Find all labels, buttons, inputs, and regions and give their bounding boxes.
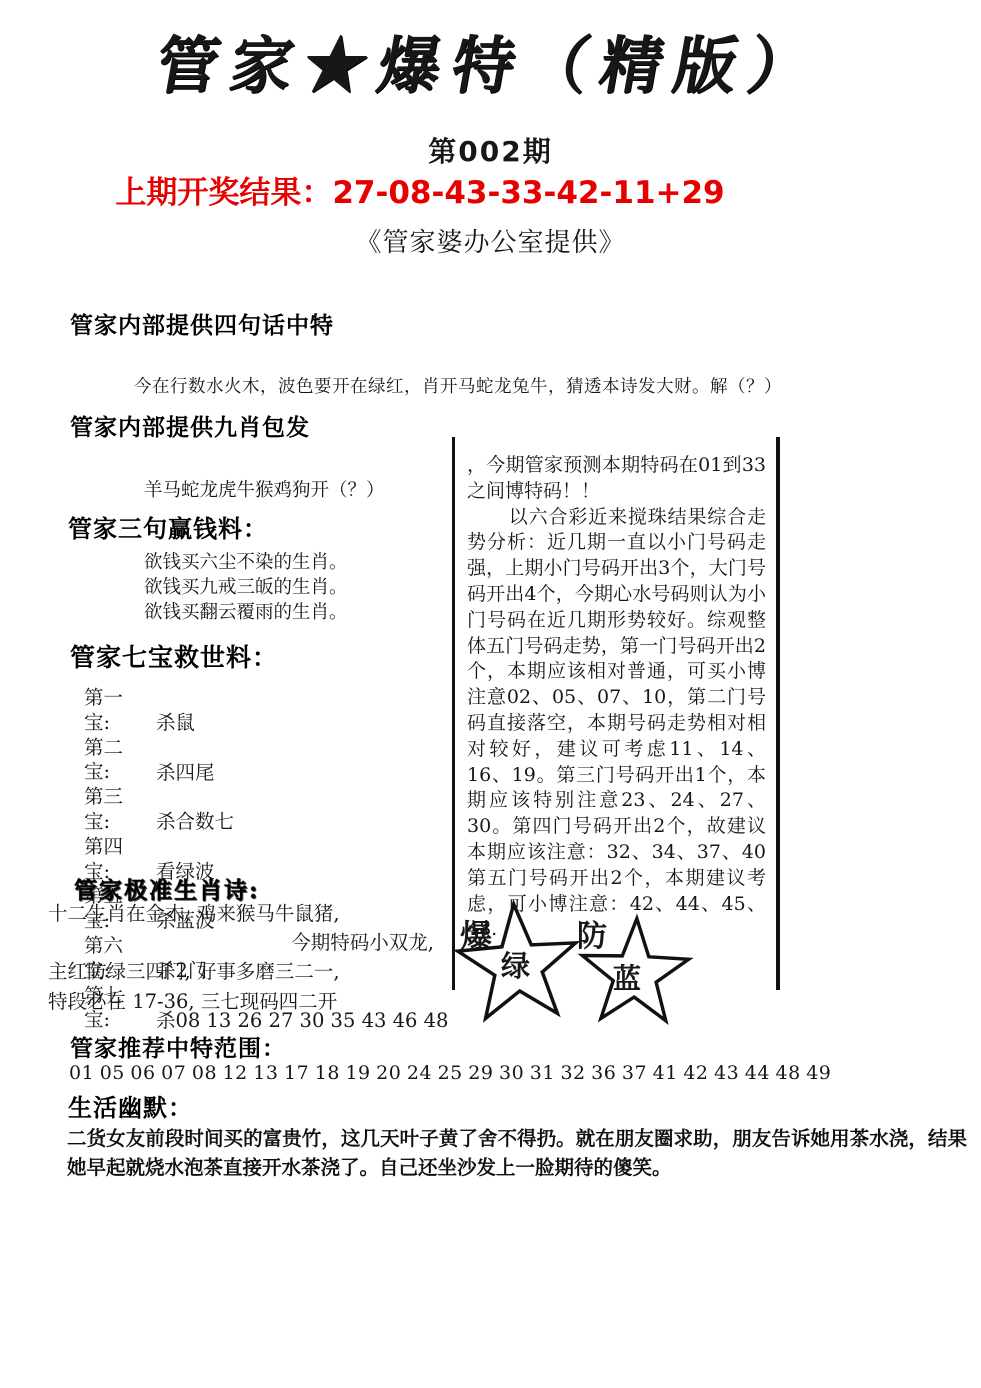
zodiac-poem-line: 特段必在 17-36, 三七现码四二开 xyxy=(48,987,434,1016)
section-four-sentence-heading: 管家内部提供四句话中特 xyxy=(70,307,334,340)
issue-number: 第002期 xyxy=(0,130,981,170)
zodiac-poem-line: 十二生肖在金木, 鸡来猴马牛鼠猪, xyxy=(48,899,434,928)
three-sentence-line: 欲钱买九戒三皈的生肖。 xyxy=(144,575,348,600)
treasure-value: 杀合数七 xyxy=(156,810,234,833)
green-star-text: 绿 xyxy=(501,944,530,985)
analysis-paragraph-1: ，今期管家预测本期特码在01到33之间博特码！！ xyxy=(467,453,766,505)
nine-zodiac-content: 羊马蛇龙虎牛猴鸡狗开（？） xyxy=(144,476,385,502)
recommend-range-numbers: 01 05 06 07 08 12 13 17 18 19 20 24 25 2… xyxy=(69,1062,831,1084)
tip-sheet-page: 管家★爆特（精版） 第002期 上期开奖结果：27-08-43-33-42-11… xyxy=(0,0,981,1388)
page-title: 管家★爆特（精版） xyxy=(0,16,981,105)
treasure-label: 第二宝: xyxy=(84,736,146,786)
zodiac-poem-lines: 十二生肖在金木, 鸡来猴马牛鼠猪, 今期特码小双龙, 主红防绿三四门, 好事多磨… xyxy=(48,899,434,1016)
recommend-range-heading: 管家推荐中特范围： xyxy=(70,1030,286,1063)
seven-treasure-row: 第一宝:杀鼠 xyxy=(84,686,448,736)
three-sentence-line: 欲钱买翻云覆雨的生肖。 xyxy=(144,600,348,625)
treasure-value: 杀鼠 xyxy=(156,711,195,734)
blue-star-text: 蓝 xyxy=(613,957,641,997)
seven-treasure-row: 第三宝:杀合数七 xyxy=(84,785,448,835)
treasure-value: 杀四尾 xyxy=(156,760,215,783)
humor-text: 二货女友前段时间买的富贵竹，这几天叶子黄了舍不得扔。就在朋友圈求助，朋友告诉她用… xyxy=(67,1124,967,1182)
treasure-label: 第三宝: xyxy=(84,785,146,835)
section-nine-zodiac-heading: 管家内部提供九肖包发 xyxy=(70,409,310,442)
last-draw-result-numbers: 27-08-43-33-42-11+29 xyxy=(332,175,724,211)
three-sentence-lines: 欲钱买六尘不染的生肖。 欲钱买九戒三皈的生肖。 欲钱买翻云覆雨的生肖。 xyxy=(144,550,348,625)
three-sentence-line: 欲钱买六尘不染的生肖。 xyxy=(144,550,348,575)
section-three-sentence-heading: 管家三句赢钱料： xyxy=(68,509,268,544)
humor-heading: 生活幽默： xyxy=(68,1088,193,1123)
last-draw-result: 上期开奖结果：27-08-43-33-42-11+29 xyxy=(100,167,740,212)
provider-line: 《管家婆办公室提供》 xyxy=(0,222,981,259)
zodiac-poem-line: 今期特码小双龙, xyxy=(48,928,434,957)
four-sentence-poem: 今在行数水火木，波色要开在绿红，肖开马蛇龙兔牛，猜透本诗发大财。解（？） xyxy=(134,373,782,398)
section-seven-treasure-heading: 管家七宝救世料： xyxy=(70,638,278,674)
seven-treasure-row: 第二宝:杀四尾 xyxy=(84,736,448,786)
last-draw-result-label: 上期开奖结果： xyxy=(115,175,332,211)
analysis-paragraph-2: 以六合彩近来搅珠结果综合走势分析：近几期一直以小门号码走强，上期小门号码开出3个… xyxy=(467,505,766,944)
zodiac-poem-line: 主红防绿三四门, 好事多磨三二一, xyxy=(48,957,434,986)
treasure-label: 第一宝: xyxy=(84,686,146,736)
